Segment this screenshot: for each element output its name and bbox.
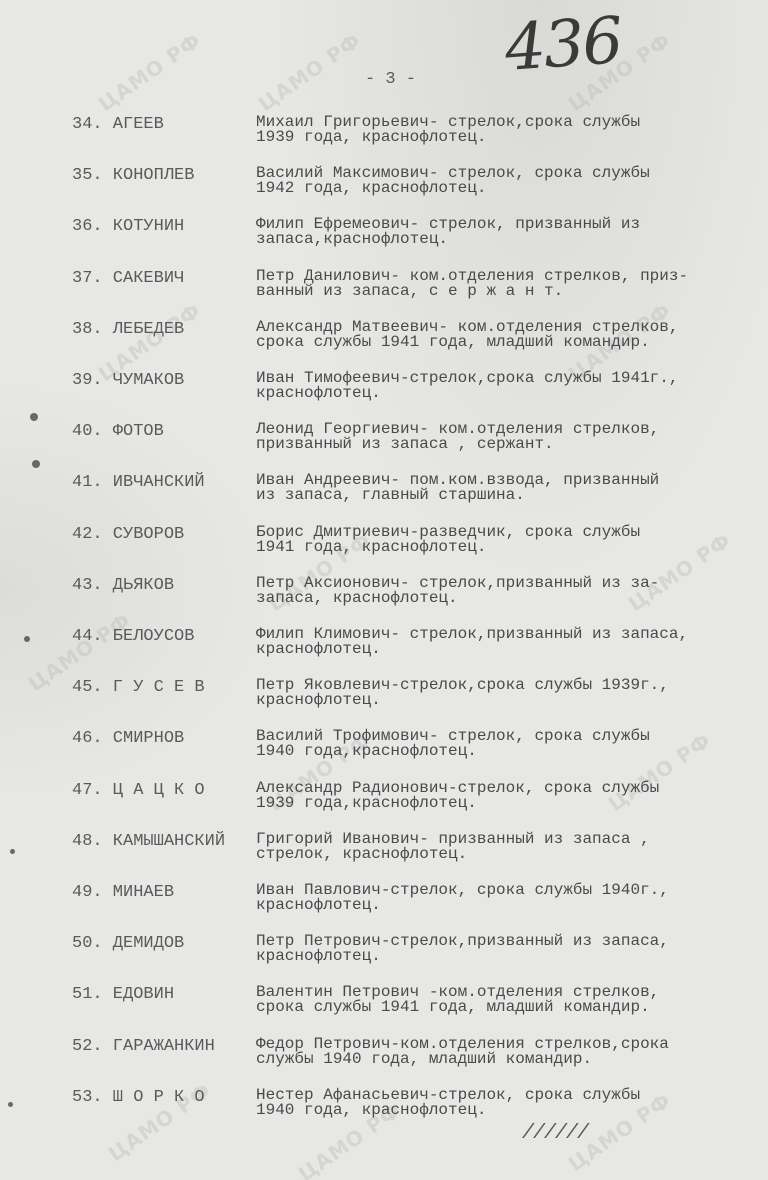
page-marker: - 3 - (365, 70, 416, 89)
entry-description: Филип Климович- стрелок,призванный из за… (256, 627, 766, 657)
entry-description: Василий Трофимович- стрелок, срока служб… (256, 729, 766, 759)
entry-number-surname: 43. ДЬЯКОВ (72, 576, 174, 595)
entry-description: Петр Петрович-стрелок,призванный из запа… (256, 934, 766, 964)
entry-number-surname: 49. МИНАЕВ (72, 883, 174, 902)
ink-smudge (10, 849, 15, 854)
entry-description: Иван Павлович-стрелок, срока службы 1940… (256, 883, 766, 913)
entry-number-surname: 36. КОТУНИН (72, 217, 184, 236)
entry-number-surname: 52. ГАРАЖАНКИН (72, 1037, 215, 1056)
entry-description: Михаил Григорьевич- стрелок,срока службы… (256, 115, 766, 145)
entry-number-surname: 40. ФОТОВ (72, 422, 164, 441)
entry-number-surname: 50. ДЕМИДОВ (72, 934, 184, 953)
entry-description: Александр Радионович-стрелок, срока служ… (256, 781, 766, 811)
entry-description: Иван Андреевич- пом.ком.взвода, призванн… (256, 473, 766, 503)
entry-description: Григорий Иванович- призванный из запаса … (256, 832, 766, 862)
entry-number-surname: 38. ЛЕБЕДЕВ (72, 320, 184, 339)
entry-number-surname: 34. АГЕЕВ (72, 115, 164, 134)
entry-description: Леонид Георгиевич- ком.отделения стрелко… (256, 422, 766, 452)
entry-number-surname: 45. Г У С Е В (72, 678, 205, 697)
ink-smudge (24, 636, 30, 642)
entry-description: Петр Яковлевич-стрелок,срока службы 1939… (256, 678, 766, 708)
entry-description: Нестер Афанасьевич-стрелок, срока службы… (256, 1088, 766, 1118)
entry-number-surname: 39. ЧУМАКОВ (72, 371, 184, 390)
entry-number-surname: 41. ИВЧАНСКИЙ (72, 473, 205, 492)
entry-description: Валентин Петрович -ком.отделения стрелко… (256, 985, 766, 1015)
entry-description: Иван Тимофеевич-стрелок,срока службы 194… (256, 371, 766, 401)
end-mark: ////// (522, 1122, 588, 1145)
entry-number-surname: 35. КОНОПЛЕВ (72, 166, 194, 185)
entry-description: Василий Максимович- стрелок, срока служб… (256, 166, 766, 196)
ink-smudge (30, 413, 38, 421)
entry-number-surname: 53. Ш О Р К О (72, 1088, 205, 1107)
entry-number-surname: 42. СУВОРОВ (72, 525, 184, 544)
entry-description: Петр Данилович- ком.отделения стрелков, … (256, 269, 766, 299)
entry-number-surname: 46. СМИРНОВ (72, 729, 184, 748)
entry-description: Борис Дмитриевич-разведчик, срока службы… (256, 525, 766, 555)
entry-number-surname: 44. БЕЛОУСОВ (72, 627, 194, 646)
ink-smudge (32, 460, 40, 468)
entry-description: Федор Петрович-ком.отделения стрелков,ср… (256, 1037, 766, 1067)
entry-description: Филип Ефремеович- стрелок, призванный из… (256, 217, 766, 247)
entry-number-surname: 47. Ц А Ц К О (72, 781, 205, 800)
ink-smudge (8, 1102, 13, 1107)
entry-number-surname: 37. САКЕВИЧ (72, 269, 184, 288)
entry-number-surname: 51. ЕДОВИН (72, 985, 174, 1004)
entry-description: Александр Матвеевич- ком.отделения стрел… (256, 320, 766, 350)
entry-description: Петр Аксионович- стрелок,призванный из з… (256, 576, 766, 606)
entry-number-surname: 48. КАМЫШАНСКИЙ (72, 832, 225, 851)
archive-sheet-number: 436 (503, 4, 624, 86)
